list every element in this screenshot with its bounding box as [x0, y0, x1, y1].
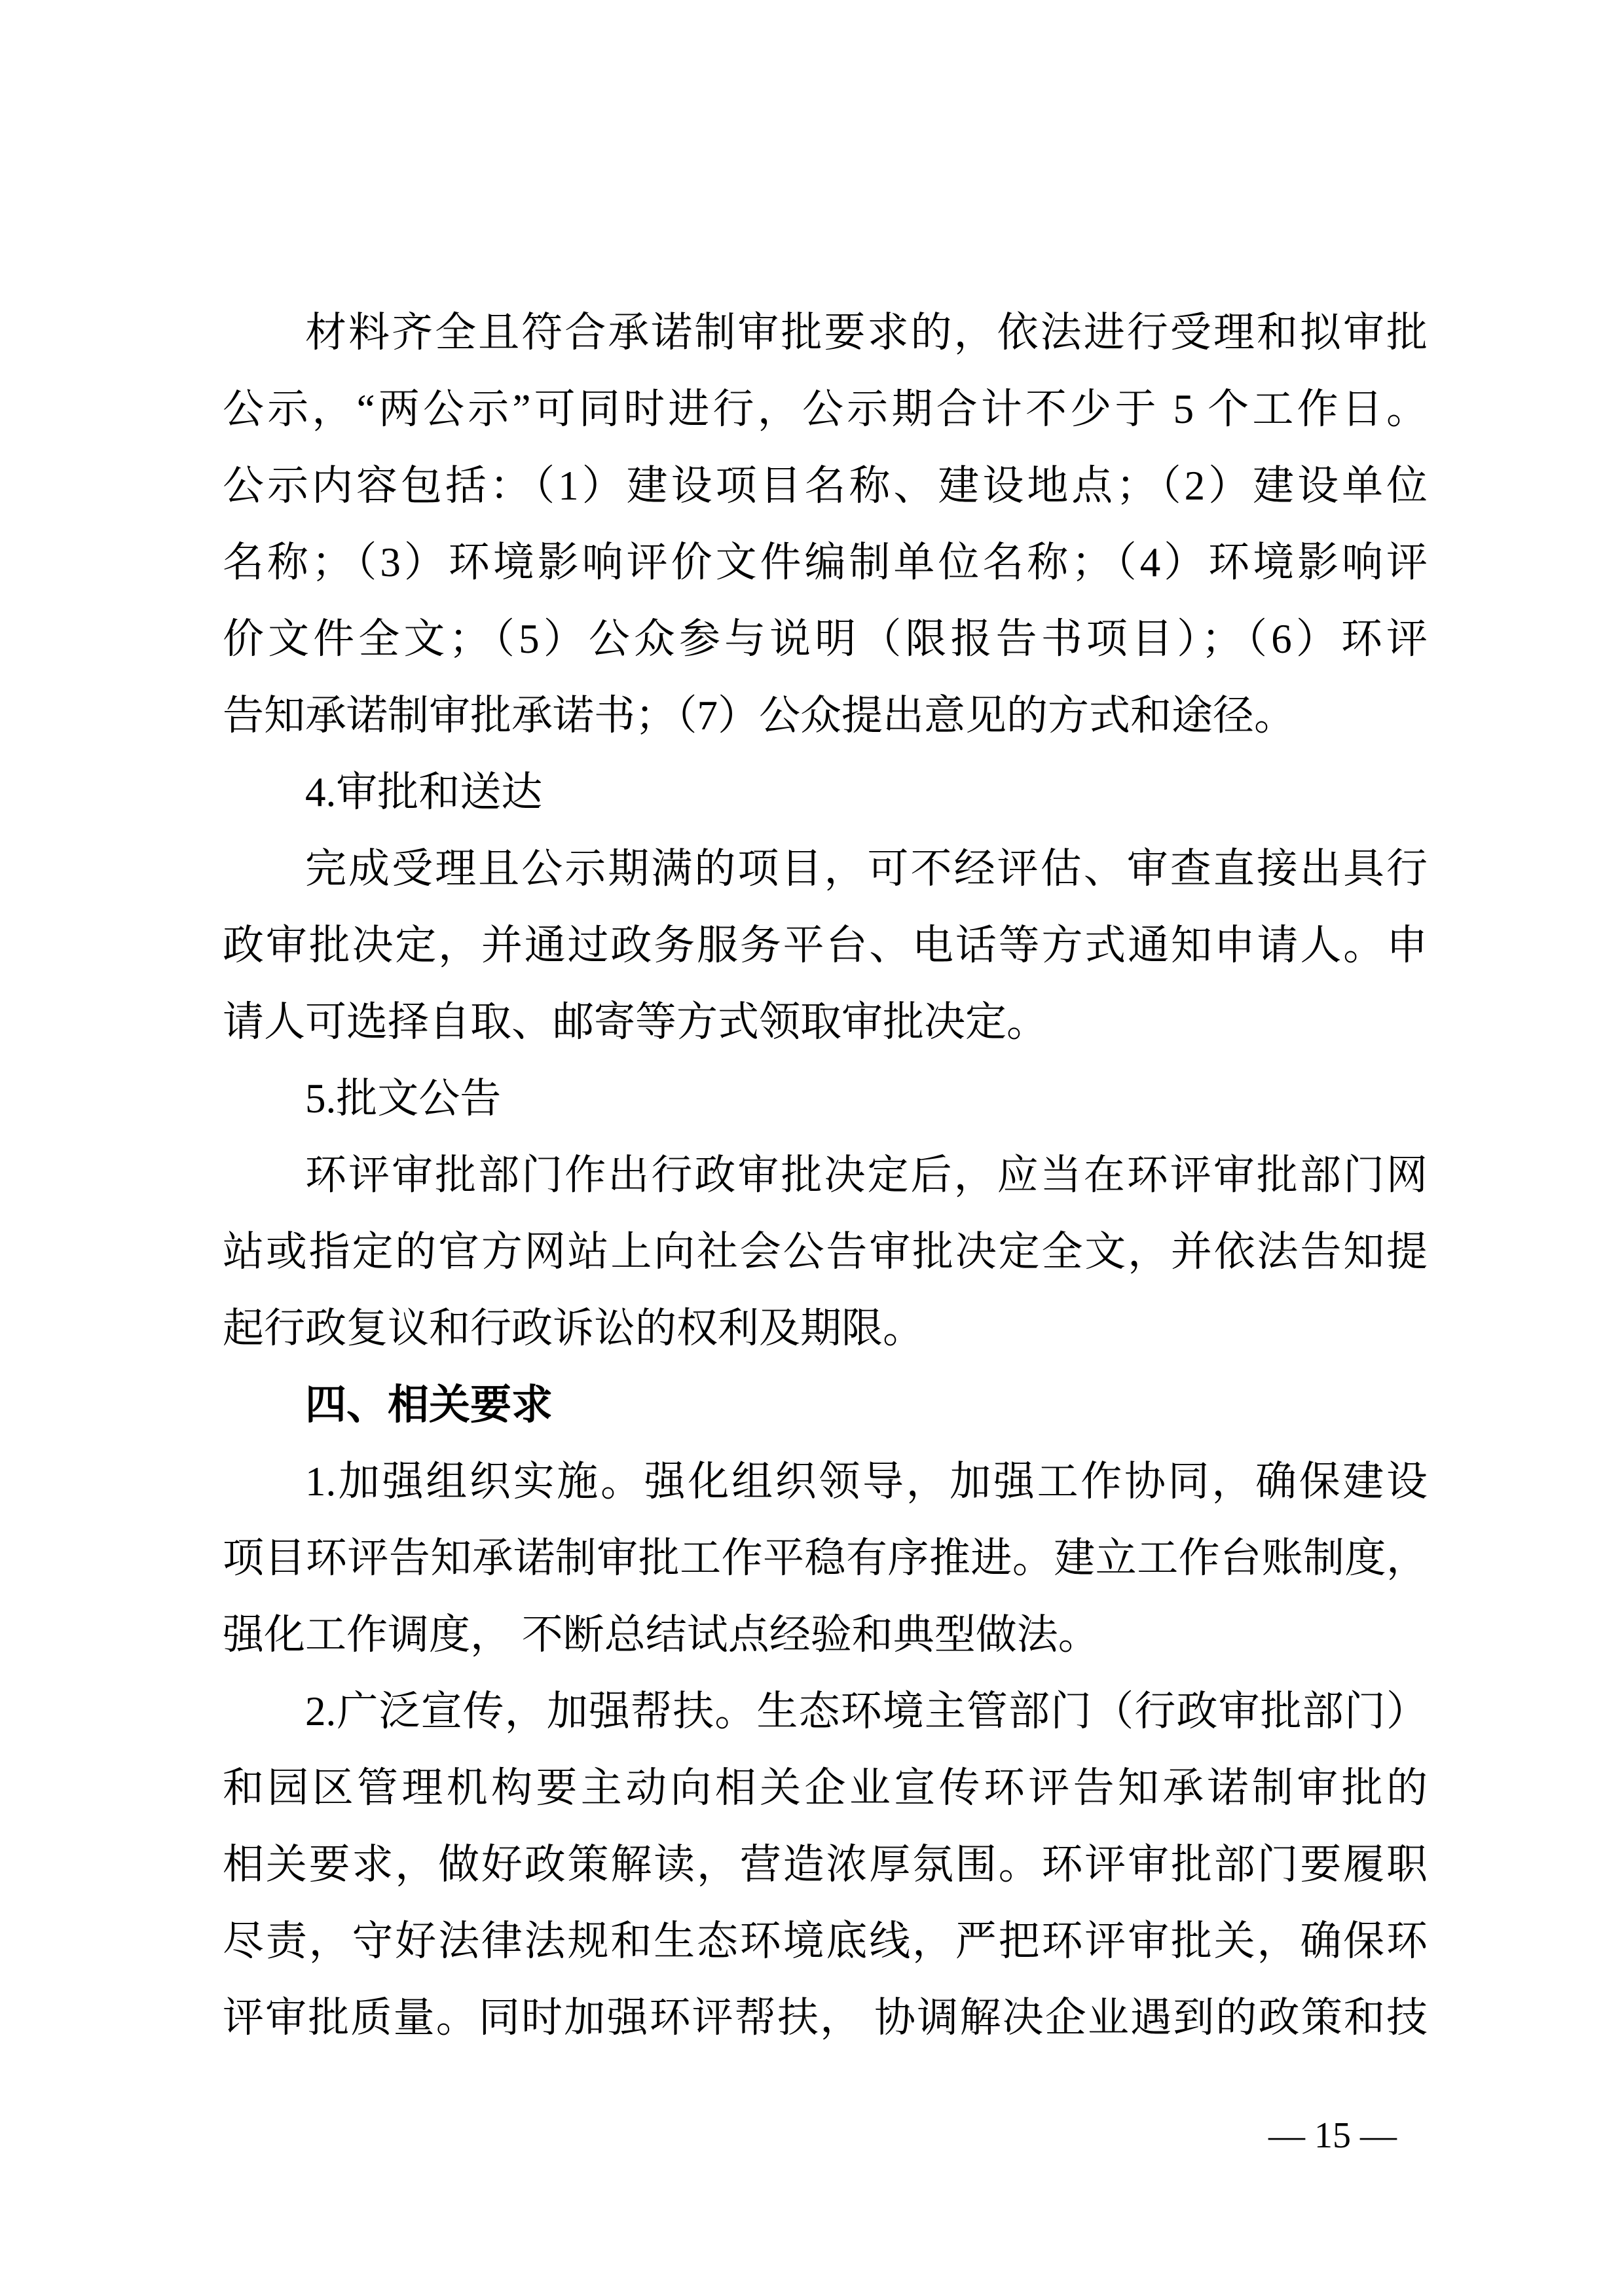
section-heading: 四、相关要求: [223, 1367, 1428, 1444]
body-line: 项目环评告知承诺制审批工作平稳有序推进。建立工作台账制度，: [223, 1520, 1428, 1597]
body-line: 环评审批部门作出行政审批决定后，应当在环评审批部门网: [223, 1137, 1428, 1214]
numbered-subheading: 5.批文公告: [223, 1061, 1428, 1137]
body-line: 2.广泛宣传，加强帮扶。生态环境主管部门（行政审批部门）: [223, 1673, 1428, 1750]
body-line: 公示，“两公示”可同时进行，公示期合计不少于 5 个工作日。: [223, 371, 1428, 448]
document-page: 材料齐全且符合承诺制审批要求的，依法进行受理和拟审批 公示，“两公示”可同时进行…: [0, 0, 1624, 2296]
body-line: 尽责，守好法律法规和生态环境底线，严把环评审批关，确保环: [223, 1903, 1428, 1980]
body-line: 和园区管理机构要主动向相关企业宣传环评告知承诺制审批的: [223, 1750, 1428, 1827]
body-line: 评审批质量。同时加强环评帮扶， 协调解决企业遇到的政策和技: [223, 1980, 1428, 2056]
document-body: 材料齐全且符合承诺制审批要求的，依法进行受理和拟审批 公示，“两公示”可同时进行…: [223, 295, 1428, 2056]
body-line: 起行政复议和行政诉讼的权利及期限。: [223, 1290, 1428, 1367]
body-line: 完成受理且公示期满的项目，可不经评估、审查直接出具行: [223, 831, 1428, 907]
numbered-subheading: 4.审批和送达: [223, 754, 1428, 831]
body-line: 1.加强组织实施。强化组织领导，加强工作协同，确保建设: [223, 1444, 1428, 1520]
body-line: 告知承诺制审批承诺书；（7）公众提出意见的方式和途径。: [223, 678, 1428, 754]
body-line: 政审批决定，并通过政务服务平台、电话等方式通知申请人。申: [223, 907, 1428, 984]
body-line: 站或指定的官方网站上向社会公告审批决定全文，并依法告知提: [223, 1214, 1428, 1290]
body-line: 强化工作调度， 不断总结试点经验和典型做法。: [223, 1597, 1428, 1673]
body-line: 相关要求，做好政策解读，营造浓厚氛围。环评审批部门要履职: [223, 1827, 1428, 1903]
body-line: 公示内容包括：（1）建设项目名称、建设地点；（2）建设单位: [223, 448, 1428, 524]
body-line: 价文件全文；（5）公众参与说明（限报告书项目）；（6）环评: [223, 601, 1428, 678]
page-number: — 15 —: [1268, 2098, 1397, 2174]
body-line: 材料齐全且符合承诺制审批要求的，依法进行受理和拟审批: [223, 295, 1428, 371]
body-line: 请人可选择自取、邮寄等方式领取审批决定。: [223, 984, 1428, 1061]
body-line: 名称；（3）环境影响评价文件编制单位名称；（4）环境影响评: [223, 524, 1428, 601]
